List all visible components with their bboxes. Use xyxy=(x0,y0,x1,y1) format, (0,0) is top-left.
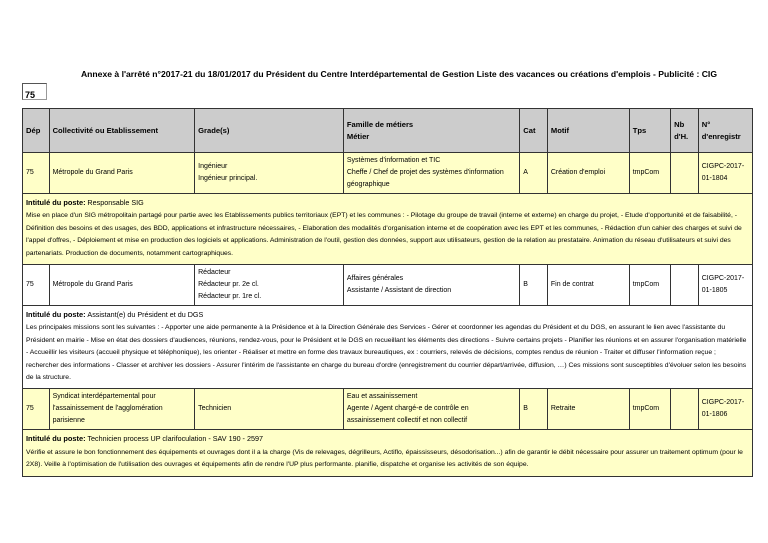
cell-grades: Technicien xyxy=(195,389,344,430)
table-row-description: Intitulé du poste: Technicien process UP… xyxy=(23,430,753,476)
cell-tps: tmpCom xyxy=(629,389,670,430)
intitule-value: Technicien process UP clarifoculation - … xyxy=(87,434,263,443)
num-line: 01-1804 xyxy=(702,173,749,185)
header-famille: Famille de métiers xyxy=(347,119,516,131)
num-line: 01-1805 xyxy=(702,285,749,297)
job-description: Mise en place d'un SIG métropolitain par… xyxy=(26,212,742,256)
cell-tps: tmpCom xyxy=(629,153,670,194)
famille-metier-line: Assistante / Assistant de direction xyxy=(347,285,516,297)
famille-metier-line: Eau et assainissement xyxy=(347,391,516,403)
num-line: CIGPC-2017- xyxy=(702,397,749,409)
grade-line: Rédacteur xyxy=(198,267,340,279)
table-row-description: Intitulé du poste: Assistant(e) du Prési… xyxy=(23,306,753,389)
cell-nb-heures xyxy=(671,153,699,194)
header-cat: Cat xyxy=(520,109,548,153)
cell-grades: RédacteurRédacteur pr. 2e cl.Rédacteur p… xyxy=(195,265,344,306)
num-line: 01-1806 xyxy=(702,409,749,421)
document-title: Annexe à l'arrêté n°2017-21 du 18/01/201… xyxy=(0,69,768,79)
table-row-description: Intitulé du poste: Responsable SIGMise e… xyxy=(23,194,753,265)
job-description: Les principales missions sont les suivan… xyxy=(26,324,746,381)
header-num-line1: N° xyxy=(702,119,749,131)
cell-cat: B xyxy=(520,389,548,430)
cell-num-enregistrement: CIGPC-2017-01-1805 xyxy=(698,265,752,306)
job-description-cell: Intitulé du poste: Technicien process UP… xyxy=(23,430,753,476)
intitule-label: Intitulé du poste: xyxy=(26,198,86,207)
header-nb-line1: Nb xyxy=(674,119,695,131)
grade-line: Rédacteur pr. 1re cl. xyxy=(198,291,340,303)
cell-cat: A xyxy=(520,153,548,194)
cell-famille-metier: Affaires généralesAssistante / Assistant… xyxy=(343,265,519,306)
famille-metier-line: Affaires générales xyxy=(347,273,516,285)
header-metier: Métier xyxy=(347,131,516,143)
num-line: CIGPC-2017- xyxy=(702,273,749,285)
intitule-label: Intitulé du poste: xyxy=(26,434,86,443)
famille-metier-line: Cheffe / Chef de projet des systèmes d'i… xyxy=(347,167,516,179)
header-dep: Dép xyxy=(23,109,50,153)
cell-dep: 75 xyxy=(23,265,50,306)
cell-nb-heures xyxy=(671,389,699,430)
cell-dep: 75 xyxy=(23,389,50,430)
cell-collectivite: Syndicat interdépartemental pour l'assai… xyxy=(49,389,195,430)
num-line: CIGPC-2017- xyxy=(702,161,749,173)
cell-motif: Retraite xyxy=(547,389,629,430)
grade-line: Ingénieur xyxy=(198,161,340,173)
header-tps: Tps xyxy=(629,109,670,153)
cell-famille-metier: Systèmes d'information et TICCheffe / Ch… xyxy=(343,153,519,194)
cell-motif: Création d'emploi xyxy=(547,153,629,194)
cell-tps: tmpCom xyxy=(629,265,670,306)
header-motif: Motif xyxy=(547,109,629,153)
famille-metier-line: Systèmes d'information et TIC xyxy=(347,155,516,167)
header-num-line2: d'enregistr xyxy=(702,131,749,143)
intitule-label: Intitulé du poste: xyxy=(26,310,86,319)
cell-dep: 75 xyxy=(23,153,50,194)
table-row: 75Métropole du Grand ParisRédacteurRédac… xyxy=(23,265,753,306)
header-grades: Grade(s) xyxy=(195,109,344,153)
intitule-value: Responsable SIG xyxy=(87,198,143,207)
job-description-cell: Intitulé du poste: Assistant(e) du Prési… xyxy=(23,306,753,389)
table-row: 75Métropole du Grand ParisIngénieurIngén… xyxy=(23,153,753,194)
job-description: Vérifie et assure le bon fonctionnement … xyxy=(26,449,743,468)
cell-collectivite: Métropole du Grand Paris xyxy=(49,265,195,306)
table-header-row: Dép Collectivité ou Etablissement Grade(… xyxy=(23,109,753,153)
cell-cat: B xyxy=(520,265,548,306)
header-num-enregistrement: N° d'enregistr xyxy=(698,109,752,153)
cell-motif: Fin de contrat xyxy=(547,265,629,306)
job-description-cell: Intitulé du poste: Responsable SIGMise e… xyxy=(23,194,753,265)
grade-line: Ingénieur principal. xyxy=(198,173,340,185)
intitule-value: Assistant(e) du Président et du DGS xyxy=(87,310,203,319)
cell-collectivite: Métropole du Grand Paris xyxy=(49,153,195,194)
famille-metier-line: géographique xyxy=(347,179,516,191)
header-nb-line2: d'H. xyxy=(674,131,695,143)
cell-num-enregistrement: CIGPC-2017-01-1804 xyxy=(698,153,752,194)
grade-line: Rédacteur pr. 2e cl. xyxy=(198,279,340,291)
header-nb-heures: Nb d'H. xyxy=(671,109,699,153)
cell-grades: IngénieurIngénieur principal. xyxy=(195,153,344,194)
departement-box: 75 xyxy=(22,83,47,100)
header-collectivite: Collectivité ou Etablissement xyxy=(49,109,195,153)
table-row: 75Syndicat interdépartemental pour l'ass… xyxy=(23,389,753,430)
grade-line: Technicien xyxy=(198,403,340,415)
cell-nb-heures xyxy=(671,265,699,306)
header-famille-metier: Famille de métiers Métier xyxy=(343,109,519,153)
cell-famille-metier: Eau et assainissementAgente / Agent char… xyxy=(343,389,519,430)
cell-num-enregistrement: CIGPC-2017-01-1806 xyxy=(698,389,752,430)
famille-metier-line: assainissement collectif et non collecti… xyxy=(347,415,516,427)
famille-metier-line: Agente / Agent chargé-e de contrôle en xyxy=(347,403,516,415)
vacancies-table: Dép Collectivité ou Etablissement Grade(… xyxy=(22,108,753,477)
